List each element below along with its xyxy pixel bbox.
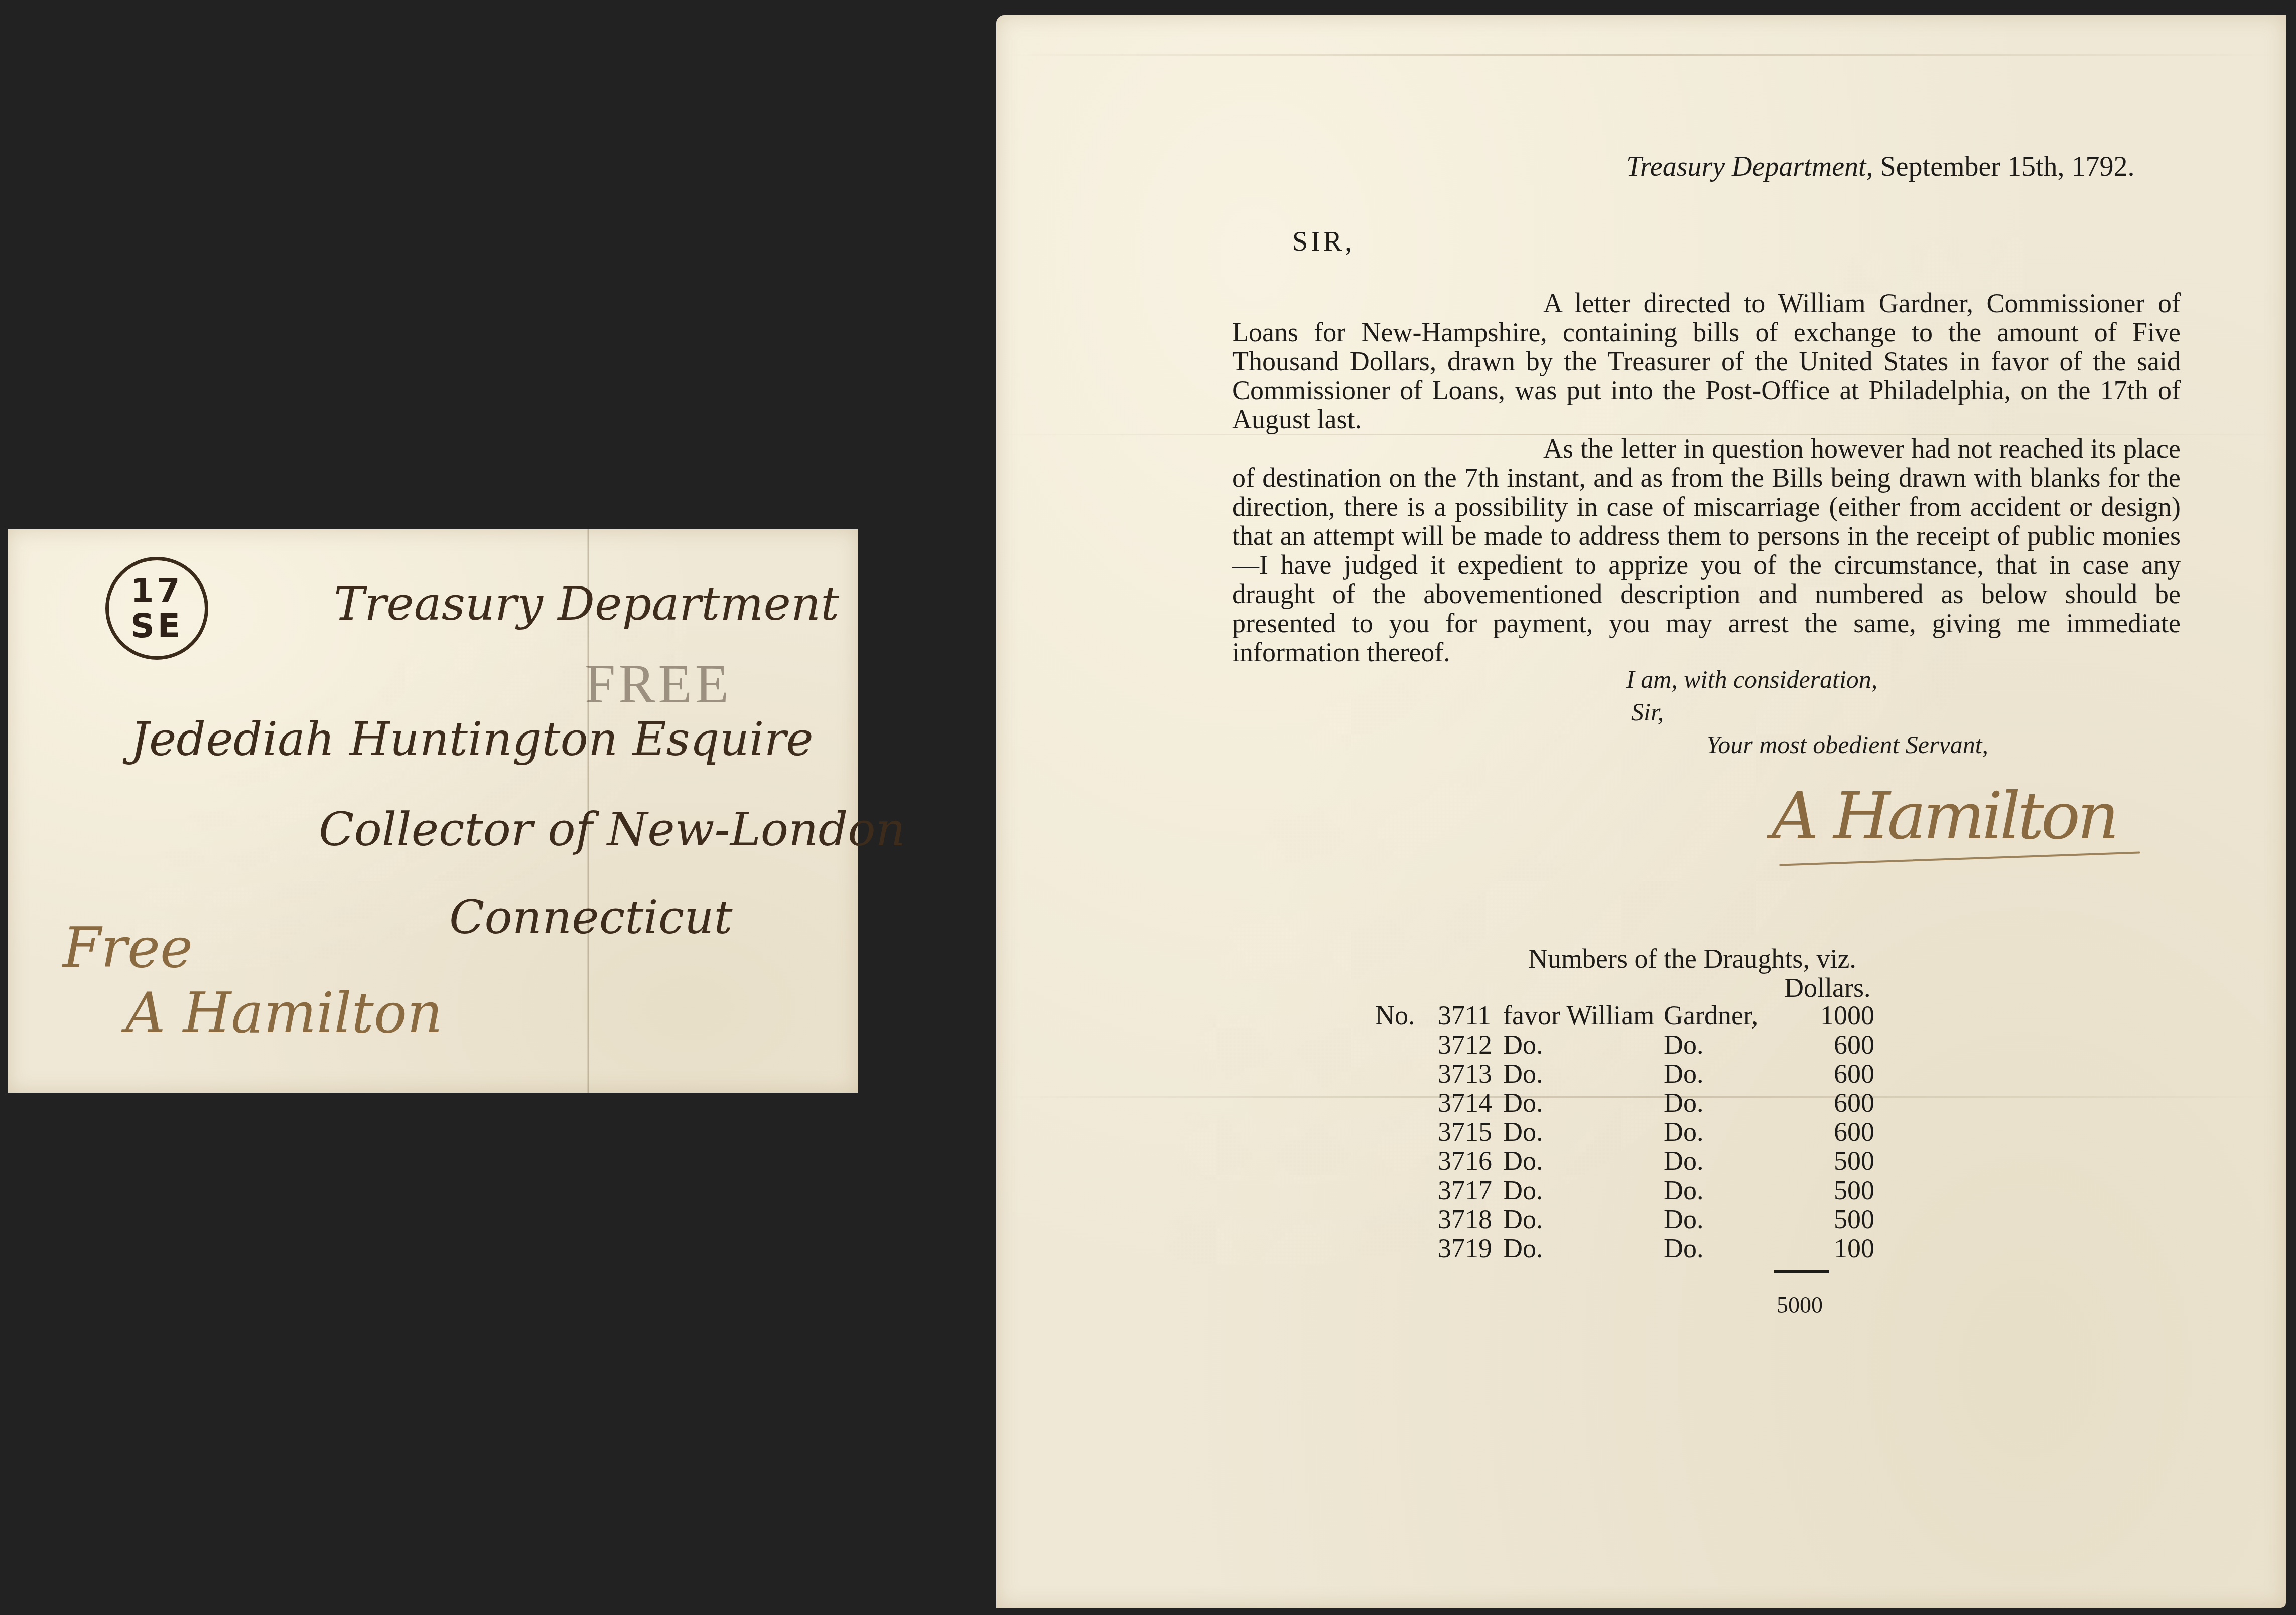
- draught-amount: 600: [1772, 1059, 1874, 1088]
- draught-number: 3712: [1438, 1030, 1492, 1059]
- postmark-circle-stamp: 17 SE: [105, 557, 208, 660]
- draught-number: 3713: [1438, 1059, 1492, 1088]
- postmark-day: 17: [131, 573, 183, 609]
- draught-payee: Do.: [1664, 1146, 1704, 1176]
- dateline-date: , September 15th, 1792.: [1866, 151, 2135, 182]
- body-paragraph-1: A letter directed to William Gardner, Co…: [1232, 288, 2181, 434]
- draught-payee: Do.: [1664, 1176, 1704, 1205]
- draught-payee: Do.: [1664, 1088, 1704, 1117]
- closing-line-3: Your most obedient Servant,: [1706, 730, 1988, 759]
- dateline-place: Treasury Department: [1626, 151, 1866, 182]
- draught-favor: Do.: [1503, 1059, 1543, 1088]
- draught-number: 3711: [1438, 1001, 1491, 1030]
- envelope-state-line: Connecticut: [449, 891, 732, 944]
- draught-payee: Do.: [1664, 1117, 1704, 1146]
- dateline: Treasury Department, September 15th, 179…: [1626, 151, 2135, 183]
- row-prefix: No.: [1375, 1001, 1415, 1030]
- body-paragraph-2: As the letter in question however had no…: [1232, 434, 2181, 667]
- draught-payee: Do.: [1664, 1205, 1704, 1234]
- draught-number: 3717: [1438, 1176, 1492, 1205]
- draught-favor: Do.: [1503, 1146, 1543, 1176]
- draught-number: 3714: [1438, 1088, 1492, 1117]
- draught-favor: favor William: [1503, 1001, 1654, 1030]
- postmark-month: SE: [130, 609, 183, 644]
- draught-amount: 100: [1772, 1234, 1874, 1263]
- draught-payee: Do.: [1664, 1234, 1704, 1263]
- closing-line-2: Sir,: [1631, 697, 1664, 726]
- draughts-total: 5000: [1777, 1292, 1823, 1318]
- draught-amount: 500: [1772, 1146, 1874, 1176]
- free-frank-prefix: Free: [63, 916, 193, 980]
- draught-amount: 600: [1772, 1088, 1874, 1117]
- draught-number: 3718: [1438, 1205, 1492, 1234]
- draught-number: 3719: [1438, 1234, 1492, 1263]
- paragraph-text: As the letter in question however had no…: [1232, 434, 2181, 667]
- draught-number: 3715: [1438, 1117, 1492, 1146]
- signature-hamilton: A Hamilton: [1772, 778, 2116, 854]
- draughts-amount-header: Dollars.: [1784, 972, 1870, 1003]
- draught-favor: Do.: [1503, 1030, 1543, 1059]
- salutation: SIR,: [1292, 226, 1355, 258]
- draught-payee: Gardner,: [1664, 1001, 1758, 1030]
- draught-amount: 500: [1772, 1205, 1874, 1234]
- draught-amount: 500: [1772, 1176, 1874, 1205]
- letter-sheet: Treasury Department, September 15th, 179…: [996, 15, 2286, 1608]
- envelope-addressee: Jedediah Huntington Esquire: [130, 712, 814, 766]
- draught-favor: Do.: [1503, 1117, 1543, 1146]
- free-stamp: FREE: [585, 652, 732, 716]
- draught-amount: 1000: [1772, 1001, 1874, 1030]
- draughts-heading: Numbers of the Draughts, viz.: [1528, 943, 1856, 974]
- envelope-from-line: Treasury Department: [334, 577, 839, 631]
- draught-amount: 600: [1772, 1030, 1874, 1059]
- sum-rule-divider: [1774, 1270, 1829, 1273]
- paper-crease: [996, 54, 2286, 56]
- paper-crease: [996, 1096, 2286, 1098]
- draught-payee: Do.: [1664, 1059, 1704, 1088]
- envelope-cover: 17 SE Treasury Department FREE Jedediah …: [8, 529, 858, 1093]
- draught-favor: Do.: [1503, 1088, 1543, 1117]
- free-frank-signature: A Hamilton: [125, 981, 443, 1045]
- closing-line-1: I am, with consideration,: [1626, 665, 1877, 694]
- envelope-title-line: Collector of New-London: [319, 803, 905, 856]
- draught-favor: Do.: [1503, 1205, 1543, 1234]
- draught-payee: Do.: [1664, 1030, 1704, 1059]
- draught-favor: Do.: [1503, 1234, 1543, 1263]
- draught-amount: 600: [1772, 1117, 1874, 1146]
- paragraph-text: A letter directed to William Gardner, Co…: [1232, 288, 2181, 434]
- draught-favor: Do.: [1503, 1176, 1543, 1205]
- draught-number: 3716: [1438, 1146, 1492, 1176]
